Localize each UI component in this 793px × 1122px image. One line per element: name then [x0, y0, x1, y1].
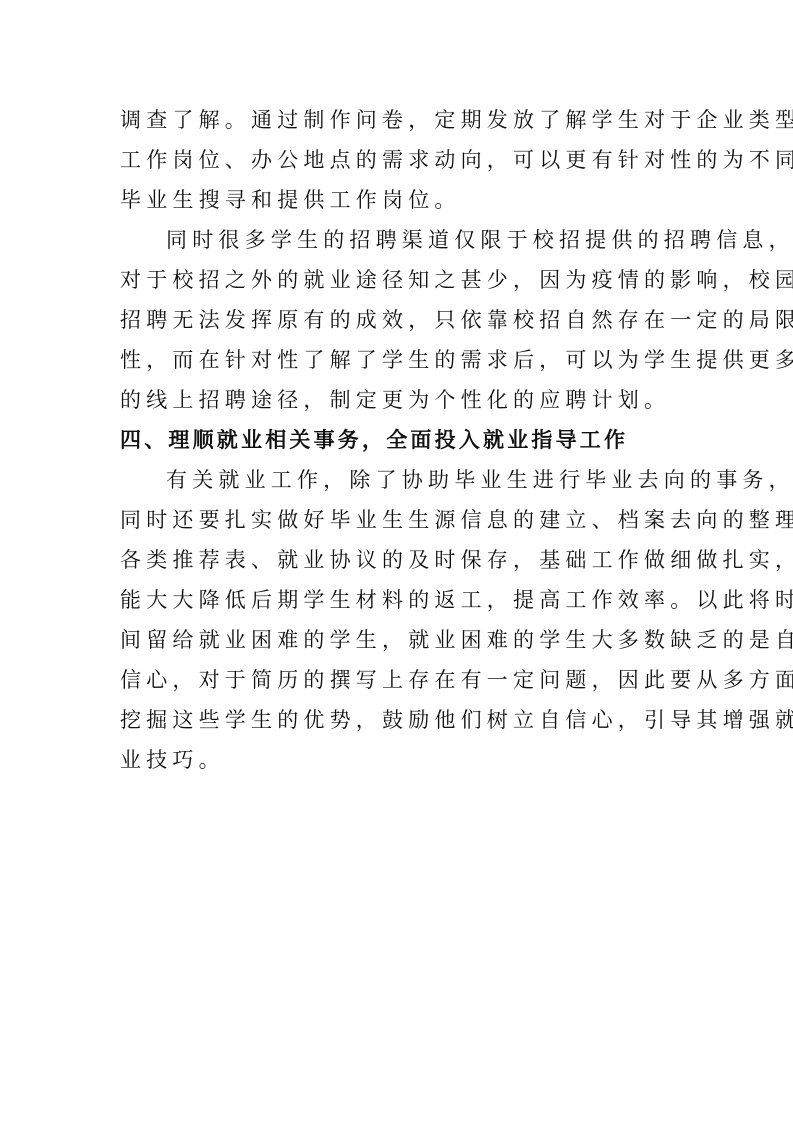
text-line: 有关就业工作，除了协助毕业生进行毕业去向的事务，: [120, 460, 676, 500]
paragraph-employment-affairs: 有关就业工作，除了协助毕业生进行毕业去向的事务， 同时还要扎实做好毕业生生源信息…: [120, 460, 676, 780]
text-line: 调查了解。通过制作问卷，定期发放了解学生对于企业类型、: [120, 100, 676, 140]
text-line: 业技巧。: [120, 740, 676, 780]
document-page: 调查了解。通过制作问卷，定期发放了解学生对于企业类型、 工作岗位、办公地点的需求…: [120, 100, 676, 780]
text-line: 招聘无法发挥原有的成效，只依靠校招自然存在一定的局限: [120, 300, 676, 340]
text-line: 性，而在针对性了解了学生的需求后，可以为学生提供更多: [120, 340, 676, 380]
paragraph-survey: 调查了解。通过制作问卷，定期发放了解学生对于企业类型、 工作岗位、办公地点的需求…: [120, 100, 676, 220]
text-line: 挖掘这些学生的优势，鼓励他们树立自信心，引导其增强就: [120, 700, 676, 740]
heading-text: 四、理顺就业相关事务，全面投入就业指导工作: [120, 420, 676, 460]
text-line: 各类推荐表、就业协议的及时保存，基础工作做细做扎实，: [120, 540, 676, 580]
paragraph-recruitment-channels: 同时很多学生的招聘渠道仅限于校招提供的招聘信息， 对于校招之外的就业途径知之甚少…: [120, 220, 676, 420]
text-line: 能大大降低后期学生材料的返工，提高工作效率。以此将时: [120, 580, 676, 620]
text-line: 对于校招之外的就业途径知之甚少，因为疫情的影响，校园: [120, 260, 676, 300]
text-line: 信心，对于简历的撰写上存在有一定问题，因此要从多方面: [120, 660, 676, 700]
text-line: 间留给就业困难的学生，就业困难的学生大多数缺乏的是自: [120, 620, 676, 660]
text-line: 毕业生搜寻和提供工作岗位。: [120, 180, 676, 220]
text-line: 的线上招聘途径，制定更为个性化的应聘计划。: [120, 380, 676, 420]
section-heading: 四、理顺就业相关事务，全面投入就业指导工作: [120, 420, 676, 460]
text-line: 工作岗位、办公地点的需求动向，可以更有针对性的为不同: [120, 140, 676, 180]
text-line: 同时还要扎实做好毕业生生源信息的建立、档案去向的整理、: [120, 500, 676, 540]
text-line: 同时很多学生的招聘渠道仅限于校招提供的招聘信息，: [120, 220, 676, 260]
